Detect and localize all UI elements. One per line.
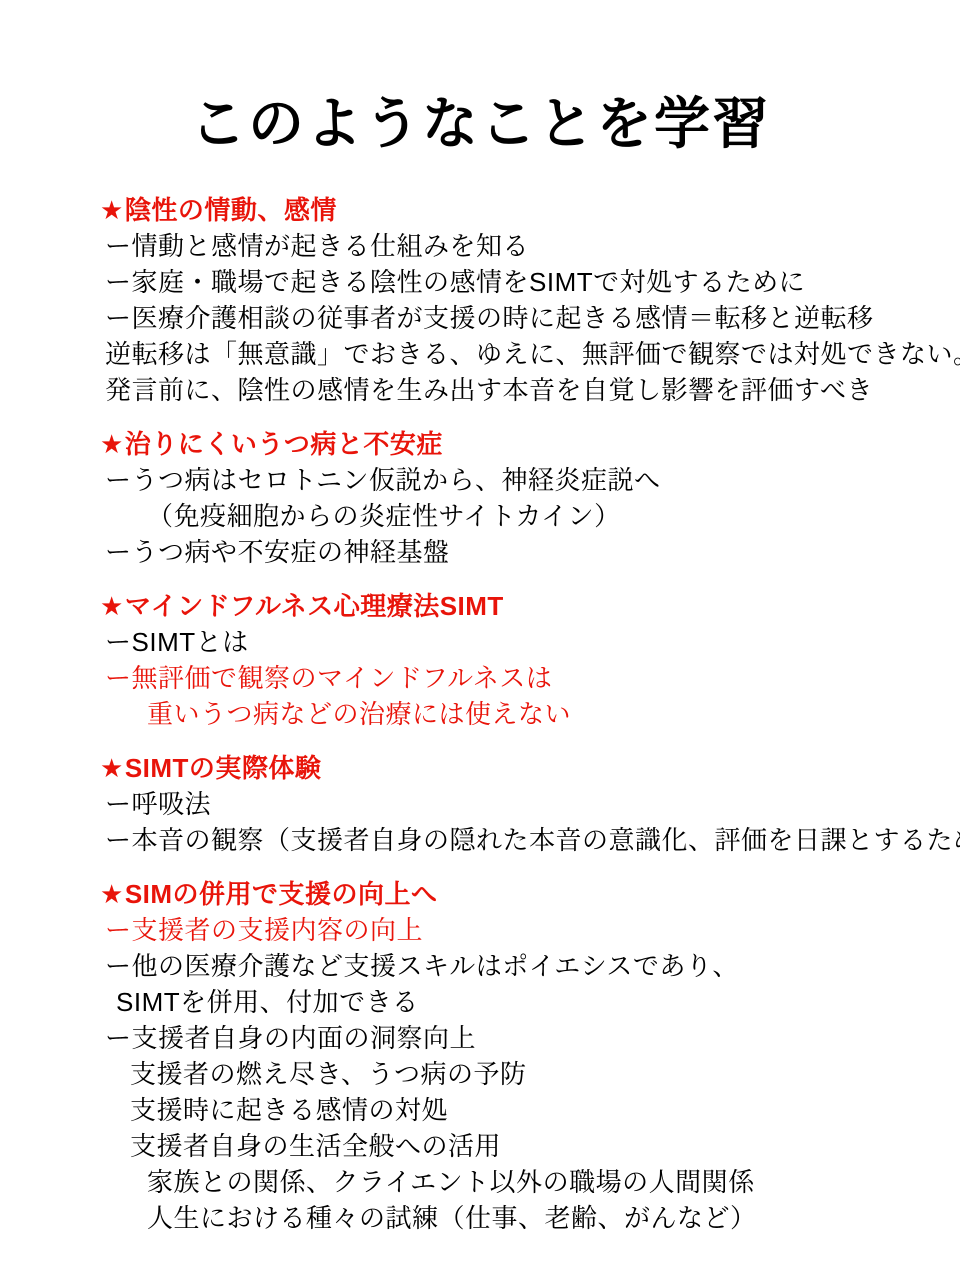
section-heading: ★陰性の情動、感情 xyxy=(100,192,920,228)
section-heading: ★SIMの併用で支援の向上へ xyxy=(100,876,920,912)
content-line: ーSIMTとは xyxy=(100,624,920,660)
content-line: 支援時に起きる感情の対処 xyxy=(100,1092,920,1128)
content-line: 人生における種々の試練（仕事、老齢、がんなど） xyxy=(100,1200,920,1236)
content-line: ー家庭・職場で起きる陰性の感情をSIMTで対処するために xyxy=(100,264,920,300)
section-heading-text: SIMの併用で支援の向上へ xyxy=(125,879,438,909)
content-line: ー無評価で観察のマインドフルネスは xyxy=(100,660,920,696)
content-line: ー本音の観察（支援者自身の隠れた本音の意識化、評価を日課とするために） xyxy=(100,822,920,858)
section-heading: ★治りにくいうつ病と不安症 xyxy=(100,426,920,462)
section-heading-text: 陰性の情動、感情 xyxy=(125,195,337,225)
content-line: ー呼吸法 xyxy=(100,786,920,822)
section-heading: ★マインドフルネス心理療法SIMT xyxy=(100,588,920,624)
content-line: （免疫細胞からの炎症性サイトカイン） xyxy=(100,498,920,534)
star-icon: ★ xyxy=(100,429,124,459)
content-line: 家族との関係、クライエント以外の職場の人間関係 xyxy=(100,1164,920,1200)
star-icon: ★ xyxy=(100,195,124,225)
content-area: ★陰性の情動、感情 ー情動と感情が起きる仕組みを知る ー家庭・職場で起きる陰性の… xyxy=(100,192,920,1236)
content-line: ーうつ病や不安症の神経基盤 xyxy=(100,534,920,570)
section: ★SIMの併用で支援の向上へ ー支援者の支援内容の向上 ー他の医療介護など支援ス… xyxy=(100,876,920,1236)
content-line: 発言前に、陰性の感情を生み出す本音を自覚し影響を評価すべき xyxy=(100,372,920,408)
slide: このようなことを学習 ★陰性の情動、感情 ー情動と感情が起きる仕組みを知る ー家… xyxy=(0,0,960,1280)
section-heading-text: マインドフルネス心理療法SIMT xyxy=(125,591,504,621)
content-line: ー情動と感情が起きる仕組みを知る xyxy=(100,228,920,264)
section-heading-text: 治りにくいうつ病と不安症 xyxy=(125,429,443,459)
content-line: SIMTを併用、付加できる xyxy=(100,984,920,1020)
content-line: 支援者の燃え尽き、うつ病の予防 xyxy=(100,1056,920,1092)
section: ★治りにくいうつ病と不安症 ーうつ病はセロトニン仮説から、神経炎症説へ （免疫細… xyxy=(100,426,920,570)
section-heading-text: SIMTの実際体験 xyxy=(125,753,322,783)
star-icon: ★ xyxy=(100,753,124,783)
section: ★陰性の情動、感情 ー情動と感情が起きる仕組みを知る ー家庭・職場で起きる陰性の… xyxy=(100,192,920,408)
content-line: ー支援者自身の内面の洞察向上 xyxy=(100,1020,920,1056)
content-line: 支援者自身の生活全般への活用 xyxy=(100,1128,920,1164)
section-heading: ★SIMTの実際体験 xyxy=(100,750,920,786)
section: ★SIMTの実際体験 ー呼吸法 ー本音の観察（支援者自身の隠れた本音の意識化、評… xyxy=(100,750,920,858)
content-line: ー支援者の支援内容の向上 xyxy=(100,912,920,948)
page-title: このようなことを学習 xyxy=(0,0,960,160)
content-line: 重いうつ病などの治療には使えない xyxy=(100,696,920,732)
content-line: ーうつ病はセロトニン仮説から、神経炎症説へ xyxy=(100,462,920,498)
star-icon: ★ xyxy=(100,591,124,621)
content-line: 逆転移は「無意識」でおきる、ゆえに、無評価で観察では対処できない。 xyxy=(100,336,920,372)
star-icon: ★ xyxy=(100,879,124,909)
content-line: ー他の医療介護など支援スキルはポイエシスであり、 xyxy=(100,948,920,984)
section: ★マインドフルネス心理療法SIMT ーSIMTとは ー無評価で観察のマインドフル… xyxy=(100,588,920,732)
content-line: ー医療介護相談の従事者が支援の時に起きる感情＝転移と逆転移 xyxy=(100,300,920,336)
